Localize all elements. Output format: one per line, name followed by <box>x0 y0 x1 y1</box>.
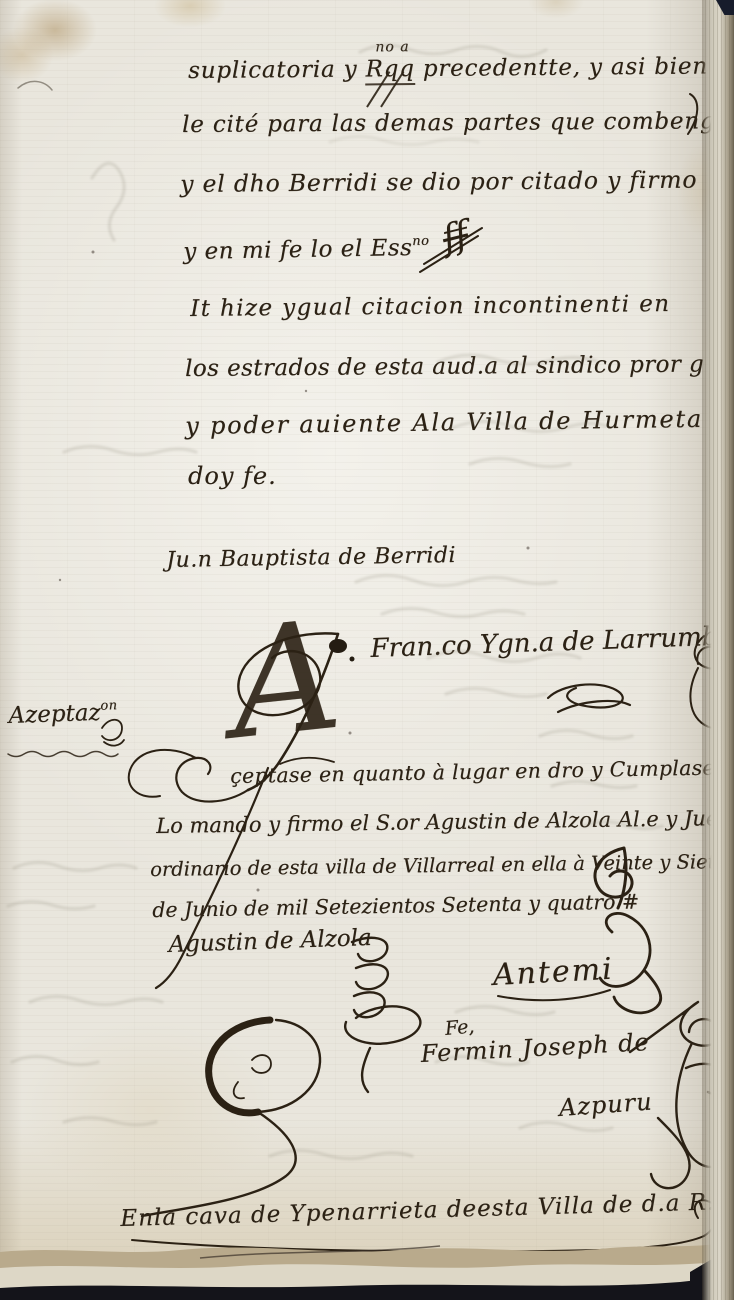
margin-wavy-underline <box>8 752 118 757</box>
page-stack-edge <box>702 0 734 1300</box>
alzola-rubric <box>345 938 420 1092</box>
ink-flourishes <box>0 0 734 1300</box>
ink-blot <box>329 639 355 662</box>
margin-rubric <box>102 720 124 746</box>
ornament-curl <box>595 848 632 908</box>
line1-end-hook <box>688 94 697 134</box>
antemi-flourish <box>498 913 661 1012</box>
larrumbide-rubric <box>548 684 630 712</box>
paper-specks <box>59 251 612 1212</box>
initial-a-flourish <box>129 633 338 988</box>
manuscript-scan: suplicatoria y Rqqno a precedentte, y as… <box>0 0 734 1300</box>
deckle-bottom-edge <box>0 1230 734 1300</box>
stray-pen-squiggle <box>18 81 52 90</box>
final-initial-flourish <box>142 1020 320 1216</box>
strike-marks <box>420 228 482 272</box>
